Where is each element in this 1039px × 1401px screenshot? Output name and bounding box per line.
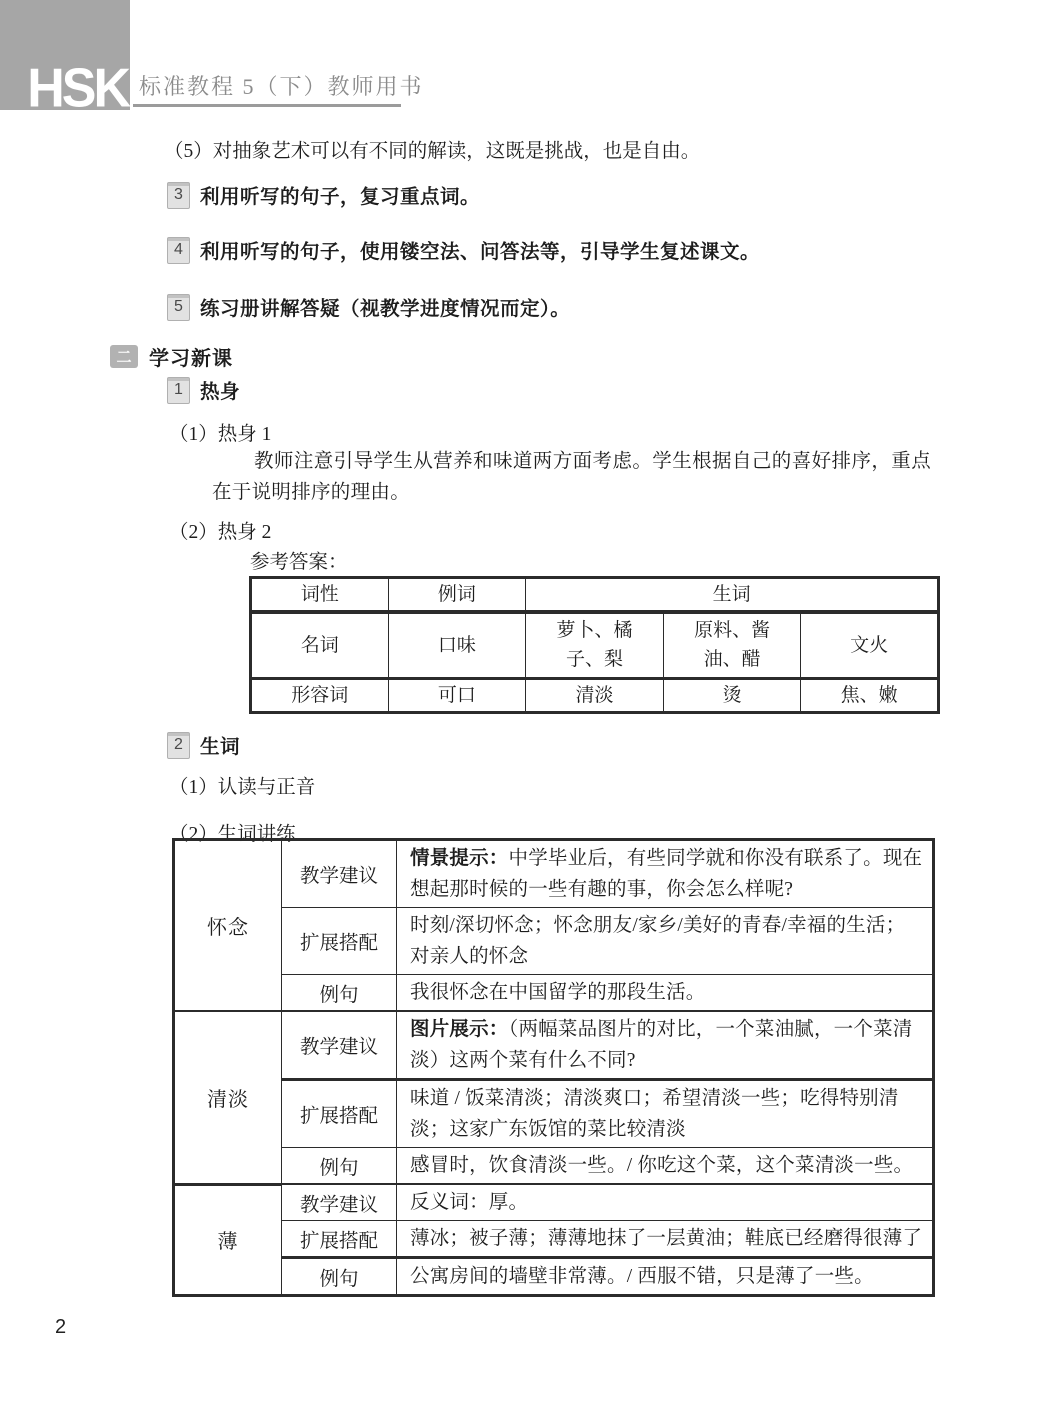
row-content-cell: 感冒时，饮食清淡一些。/ 你吃这个菜，这个菜清淡一些。 [397, 1148, 934, 1185]
row-label-cell: 扩展搭配 [282, 1080, 397, 1148]
content-text: 我很怀念在中国留学的那段生活。 [410, 982, 706, 1003]
step-number-badge: 1 [167, 377, 190, 404]
step-item-4: 4 利用听写的句子，使用镂空法、问答法等，引导学生复述课文。 [167, 236, 760, 264]
row-label-cell: 扩展搭配 [282, 908, 397, 975]
table-cell: 清淡 [526, 678, 664, 712]
step-number-badge: 4 [167, 237, 190, 264]
table-cell: 萝卜、橘子、梨 [526, 612, 664, 678]
warmup-answer-table: 词性 例词 生词 名词 口味 萝卜、橘子、梨 原料、酱油、醋 文火 形容词 可口… [249, 576, 940, 714]
table-row: 例句 公寓房间的墙壁非常薄。/ 西服不错，只是薄了一些。 [174, 1258, 934, 1296]
intro-line: （5）对抽象艺术可以有不同的解读，这既是挑战，也是自由。 [164, 135, 700, 163]
step-item-3: 3 利用听写的句子，复习重点词。 [167, 181, 480, 209]
warmup-heading: 1 热身 [167, 376, 240, 404]
row-label-cell: 例句 [282, 1148, 397, 1185]
content-text: 薄冰；被子薄；薄薄地抹了一层黄油；鞋底已经磨得很薄了 [410, 1228, 922, 1249]
section-header: 二 学习新课 [110, 342, 233, 371]
row-content-cell: 时刻/深切怀念；怀念朋友/家乡/美好的青春/幸福的生活；对亲人的怀念 [397, 908, 934, 975]
table-cell: 烫 [663, 678, 801, 712]
table-header-row: 词性 例词 生词 [251, 578, 939, 613]
row-content-cell: 反义词：厚。 [397, 1184, 934, 1221]
table-row: 怀念 教学建议 情景提示：中学毕业后，有些同学就和你没有联系了。现在想起那时候的… [174, 840, 934, 908]
content-text: 时刻/深切怀念；怀念朋友/家乡/美好的青春/幸福的生活；对亲人的怀念 [410, 915, 905, 967]
section-title: 学习新课 [149, 342, 233, 371]
table-cell: 名词 [251, 612, 389, 678]
warmup-sub2-label: （2）热身 2 [169, 516, 271, 544]
table-cell: 形容词 [251, 678, 389, 712]
table-cell: 口味 [388, 612, 526, 678]
hsk-logo-block: HSK [0, 0, 130, 110]
table-row: 扩展搭配 时刻/深切怀念；怀念朋友/家乡/美好的青春/幸福的生活；对亲人的怀念 [174, 908, 934, 975]
header-cell: 例词 [388, 578, 526, 613]
table-row: 形容词 可口 清淡 烫 焦、嫩 [251, 678, 939, 712]
vocab-word-cell: 怀念 [174, 840, 282, 1012]
row-content-cell: 味道 / 饭菜清淡；清淡爽口；希望清淡一些；吃得特别清淡；这家广东饭馆的菜比较清… [397, 1080, 934, 1148]
row-content-cell: 图片展示：（两幅菜品图片的对比，一个菜油腻，一个菜清淡）这两个菜有什么不同? [397, 1011, 934, 1080]
step-number-badge: 3 [167, 182, 190, 209]
row-content-cell: 我很怀念在中国留学的那段生活。 [397, 975, 934, 1012]
book-page: HSK 标准教程 5（下）教师用书 （5）对抽象艺术可以有不同的解读，这既是挑战… [0, 0, 1039, 1401]
row-label-cell: 例句 [282, 1258, 397, 1296]
table-row: 扩展搭配 薄冰；被子薄；薄薄地抹了一层黄油；鞋底已经磨得很薄了 [174, 1221, 934, 1258]
row-label-cell: 教学建议 [282, 1011, 397, 1080]
warmup-title: 热身 [200, 376, 240, 404]
header-rule [133, 104, 401, 107]
table-row: 例句 我很怀念在中国留学的那段生活。 [174, 975, 934, 1012]
row-label-cell: 例句 [282, 975, 397, 1012]
table-row: 清淡 教学建议 图片展示：（两幅菜品图片的对比，一个菜油腻，一个菜清淡）这两个菜… [174, 1011, 934, 1080]
row-content-cell: 薄冰；被子薄；薄薄地抹了一层黄油；鞋底已经磨得很薄了 [397, 1221, 934, 1258]
step-number-badge: 5 [167, 294, 190, 321]
step-text: 利用听写的句子，使用镂空法、问答法等，引导学生复述课文。 [200, 236, 760, 264]
answer-label: 参考答案： [250, 546, 348, 574]
content-text: 感冒时，饮食清淡一些。/ 你吃这个菜，这个菜清淡一些。 [410, 1155, 913, 1176]
warmup-sub1-label: （1）热身 1 [169, 418, 271, 446]
table-row: 例句 感冒时，饮食清淡一些。/ 你吃这个菜，这个菜清淡一些。 [174, 1148, 934, 1185]
vocab-word-cell: 薄 [174, 1184, 282, 1296]
content-lead: 情景提示： [410, 848, 509, 869]
book-title: 标准教程 5（下）教师用书 [139, 70, 424, 101]
row-content-cell: 情景提示：中学毕业后，有些同学就和你没有联系了。现在想起那时候的一些有趣的事，你… [397, 840, 934, 908]
step-text: 练习册讲解答疑（视教学进度情况而定）。 [200, 293, 570, 321]
content-text: 公寓房间的墙壁非常薄。/ 西服不错，只是薄了一些。 [410, 1266, 874, 1287]
vocab-heading: 2 生词 [167, 731, 240, 759]
section-marker-badge: 二 [110, 345, 138, 368]
content-text: 味道 / 饭菜清淡；清淡爽口；希望清淡一些；吃得特别清淡；这家广东饭馆的菜比较清… [410, 1088, 899, 1140]
vocab-drill-table: 怀念 教学建议 情景提示：中学毕业后，有些同学就和你没有联系了。现在想起那时候的… [172, 838, 935, 1297]
page-number: 2 [55, 1316, 66, 1339]
vocab-word-cell: 清淡 [174, 1011, 282, 1184]
row-content-cell: 公寓房间的墙壁非常薄。/ 西服不错，只是薄了一些。 [397, 1258, 934, 1296]
row-label-cell: 教学建议 [282, 840, 397, 908]
header-cell: 词性 [251, 578, 389, 613]
vocab-sub1-label: （1）认读与正音 [169, 771, 315, 799]
table-row: 名词 口味 萝卜、橘子、梨 原料、酱油、醋 文火 [251, 612, 939, 678]
step-number-badge: 2 [167, 732, 190, 759]
table-cell: 文火 [801, 612, 939, 678]
table-cell: 原料、酱油、醋 [663, 612, 801, 678]
row-label-cell: 教学建议 [282, 1184, 397, 1221]
hsk-logo: HSK [27, 61, 128, 116]
row-label-cell: 扩展搭配 [282, 1221, 397, 1258]
content-lead: 图片展示： [410, 1019, 509, 1040]
content-text: 反义词：厚。 [410, 1192, 528, 1213]
table-row: 薄 教学建议 反义词：厚。 [174, 1184, 934, 1221]
vocab-title: 生词 [200, 731, 240, 759]
table-cell: 焦、嫩 [801, 678, 939, 712]
warmup-sub1-paragraph: 教师注意引导学生从营养和味道两方面考虑。学生根据自己的喜好排序，重点在于说明排序… [212, 446, 931, 508]
table-cell: 可口 [388, 678, 526, 712]
step-item-5: 5 练习册讲解答疑（视教学进度情况而定）。 [167, 293, 570, 321]
step-text: 利用听写的句子，复习重点词。 [200, 181, 480, 209]
table-row: 扩展搭配 味道 / 饭菜清淡；清淡爽口；希望清淡一些；吃得特别清淡；这家广东饭馆… [174, 1080, 934, 1148]
header-cell: 生词 [526, 578, 939, 613]
